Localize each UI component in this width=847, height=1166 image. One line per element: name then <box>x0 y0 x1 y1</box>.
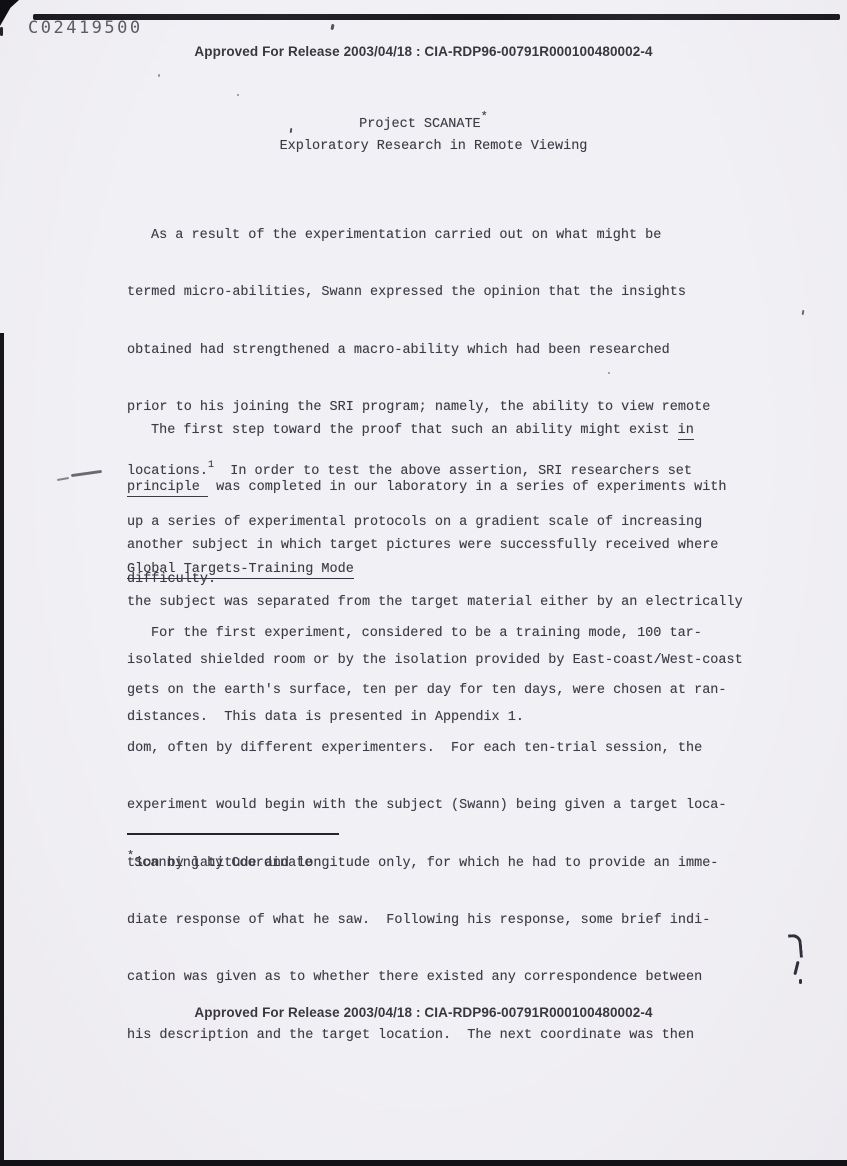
body-line: For the first experiment, considered to … <box>127 620 787 647</box>
pencil-margin-mark <box>57 477 69 481</box>
body-text: The first step toward the proof that suc… <box>151 423 678 438</box>
body-line: his description and the target location.… <box>127 1022 787 1049</box>
body-line: principle was completed in our laborator… <box>127 474 787 501</box>
scan-top-bar <box>33 14 840 20</box>
footnote-text: Scanning by Coordinate <box>134 856 312 871</box>
document-title: Project SCANATE* <box>0 110 847 132</box>
body-line: experiment would begin with the subject … <box>127 792 787 819</box>
ink-mark <box>793 961 799 975</box>
scan-corner-artifact <box>0 0 19 26</box>
title-footnote-marker: * <box>481 110 488 124</box>
scan-speck <box>237 94 239 96</box>
title-text: Project SCANATE <box>359 117 481 132</box>
body-line: cation was given as to whether there exi… <box>127 964 787 991</box>
ink-mark <box>788 933 803 958</box>
section-heading: Global Targets-Training Mode <box>127 562 354 577</box>
footnote: *Scanning by Coordinate <box>127 849 312 871</box>
release-stamp-bottom: Approved For Release 2003/04/18 : CIA-RD… <box>0 1005 847 1020</box>
body-line: obtained had strengthened a macro-abilit… <box>127 337 787 364</box>
document-id: C02419500 <box>28 18 143 38</box>
footnote-divider <box>127 833 339 835</box>
scan-edge-bottom <box>0 1160 847 1166</box>
underlined-text: in <box>678 423 694 440</box>
body-line: diate response of what he saw. Following… <box>127 907 787 934</box>
body-line: gets on the earth's surface, ten per day… <box>127 677 787 704</box>
scan-speck <box>158 74 160 77</box>
body-line: termed micro-abilities, Swann expressed … <box>127 279 787 306</box>
scan-speck <box>802 310 805 315</box>
body-line: The first step toward the proof that suc… <box>127 417 787 444</box>
body-text: was completed in our laboratory in a ser… <box>208 480 726 495</box>
body-line: dom, often by different experimenters. F… <box>127 735 787 762</box>
body-line: As a result of the experimentation carri… <box>127 222 787 249</box>
section-heading-text: Global Targets-Training Mode <box>127 562 354 579</box>
body-line: another subject in which target pictures… <box>127 532 787 559</box>
release-stamp-top: Approved For Release 2003/04/18 : CIA-RD… <box>0 44 847 59</box>
document-subtitle: Exploratory Research in Remote Viewing <box>10 139 847 154</box>
ink-mark <box>799 979 802 984</box>
scan-speck <box>330 24 334 30</box>
scan-edge-left <box>0 333 4 1161</box>
scanned-document-page: C02419500 Approved For Release 2003/04/1… <box>0 0 847 1166</box>
scan-edge-blob <box>0 27 3 36</box>
underlined-text: principle <box>127 480 208 497</box>
pencil-margin-mark <box>71 470 102 477</box>
